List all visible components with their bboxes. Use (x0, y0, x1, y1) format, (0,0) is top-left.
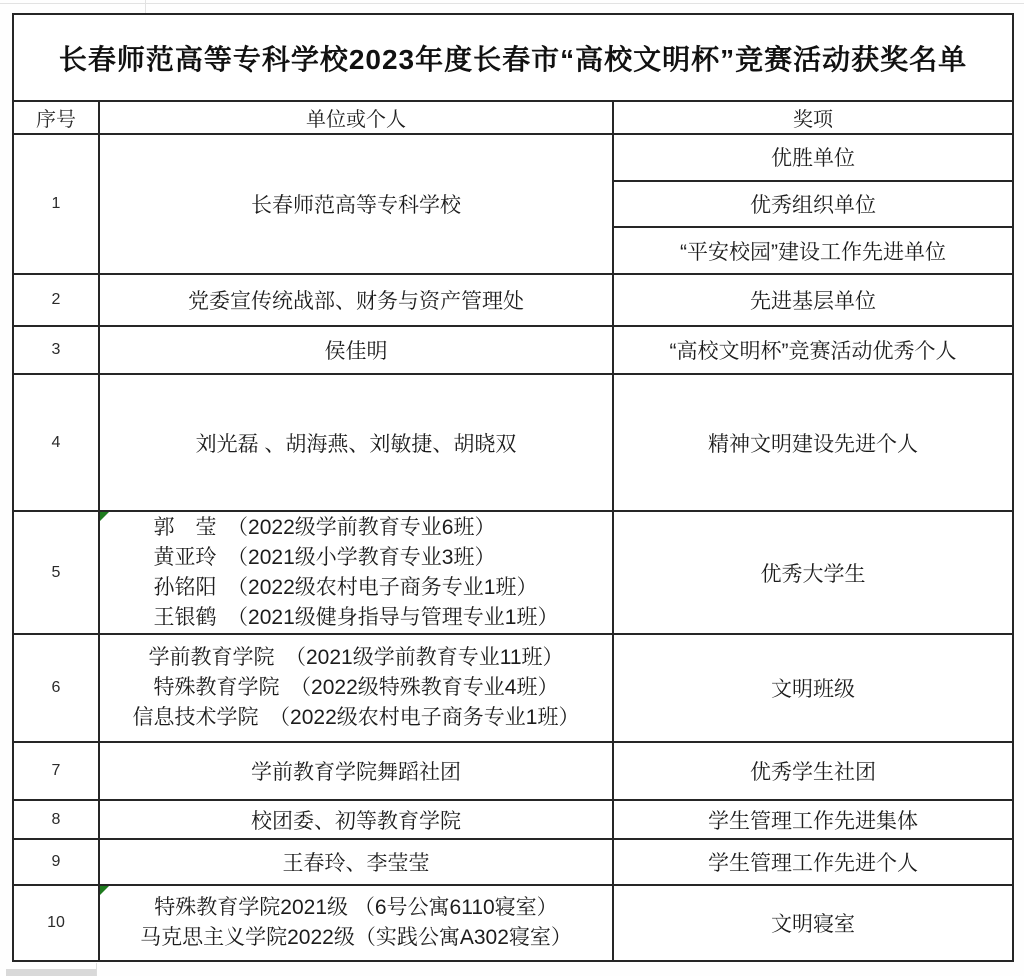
row-number-cell: 7 (14, 743, 98, 799)
unit-cell: 学前教育学院 （2021级学前教育专业11班） 特殊教育学院 （2022级特殊教… (98, 635, 612, 741)
unit-cell: 党委宣传统战部、财务与资产管理处 (98, 275, 612, 325)
award-cell: 优秀大学生 (612, 512, 1012, 633)
table-header-row: 序号 单位或个人 奖项 (14, 100, 1012, 133)
award-cell: 学生管理工作先进个人 (612, 840, 1012, 884)
unit-line: 特殊教育学院2021级 （6号公寓6110寝室） (140, 893, 572, 923)
award-cell: 优胜单位 优秀组织单位 “平安校园”建设工作先进单位 (612, 135, 1012, 273)
table-row: 7 学前教育学院舞蹈社团 优秀学生社团 (14, 741, 1012, 799)
unit-line: 黄亚玲 （2021级小学教育专业3班） (154, 543, 559, 573)
table-title: 长春师范高等专科学校2023年度长春市“高校文明杯”竞赛活动获奖名单 (14, 15, 1012, 100)
award-cell: 文明寝室 (612, 886, 1012, 960)
header-unit: 单位或个人 (98, 102, 612, 133)
spreadsheet-gridline (6, 969, 96, 976)
table-row: 10 特殊教育学院2021级 （6号公寓6110寝室） 马克思主义学院2022级… (14, 884, 1012, 960)
header-no: 序号 (14, 102, 98, 133)
unit-cell: 侯佳明 (98, 327, 612, 373)
table-row: 6 学前教育学院 （2021级学前教育专业11班） 特殊教育学院 （2022级特… (14, 633, 1012, 741)
unit-line: 学前教育学院 （2021级学前教育专业11班） (133, 643, 580, 673)
unit-line: 信息技术学院 （2022级农村电子商务专业1班） (133, 703, 580, 733)
row-number-cell: 10 (14, 886, 98, 960)
cell-flag-icon (100, 886, 109, 895)
table-row: 9 王春玲、李莹莹 学生管理工作先进个人 (14, 838, 1012, 884)
award-sub-cell: “平安校园”建设工作先进单位 (614, 226, 1012, 273)
row-number-cell: 6 (14, 635, 98, 741)
unit-cell: 特殊教育学院2021级 （6号公寓6110寝室） 马克思主义学院2022级（实践… (98, 886, 612, 960)
award-sub-cell: 优胜单位 (614, 135, 1012, 180)
award-cell: 学生管理工作先进集体 (612, 801, 1012, 838)
row-number-cell: 9 (14, 840, 98, 884)
row-number-cell: 2 (14, 275, 98, 325)
award-sub-cell: 优秀组织单位 (614, 180, 1012, 227)
unit-line: 马克思主义学院2022级（实践公寓A302寝室） (140, 923, 572, 953)
award-cell: 精神文明建设先进个人 (612, 375, 1012, 510)
row-number-cell: 1 (14, 135, 98, 273)
unit-cell: 学前教育学院舞蹈社团 (98, 743, 612, 799)
row-number-cell: 8 (14, 801, 98, 838)
table-row: 5 郭 莹 （2022级学前教育专业6班） 黄亚玲 （2021级小学教育专业3班… (14, 510, 1012, 633)
unit-cell: 郭 莹 （2022级学前教育专业6班） 黄亚玲 （2021级小学教育专业3班） … (98, 512, 612, 633)
row-number-cell: 5 (14, 512, 98, 633)
row-number-cell: 3 (14, 327, 98, 373)
document-canvas: 长春师范高等专科学校2023年度长春市“高校文明杯”竞赛活动获奖名单 序号 单位… (0, 0, 1024, 976)
award-cell: 优秀学生社团 (612, 743, 1012, 799)
unit-lines: 学前教育学院 （2021级学前教育专业11班） 特殊教育学院 （2022级特殊教… (133, 643, 580, 733)
spreadsheet-gridline (0, 3, 1024, 4)
table-row: 4 刘光磊 、胡海燕、刘敏捷、胡晓双 精神文明建设先进个人 (14, 373, 1012, 510)
table-row: 8 校团委、初等教育学院 学生管理工作先进集体 (14, 799, 1012, 838)
awards-table: 长春师范高等专科学校2023年度长春市“高校文明杯”竞赛活动获奖名单 序号 单位… (12, 13, 1014, 962)
unit-line: 王银鹤 （2021级健身指导与管理专业1班） (154, 603, 559, 633)
award-cell: 先进基层单位 (612, 275, 1012, 325)
table-row: 3 侯佳明 “高校文明杯”竞赛活动优秀个人 (14, 325, 1012, 373)
table-row: 2 党委宣传统战部、财务与资产管理处 先进基层单位 (14, 273, 1012, 325)
unit-line: 孙铭阳 （2022级农村电子商务专业1班） (154, 573, 559, 603)
unit-cell: 长春师范高等专科学校 (98, 135, 612, 273)
unit-line: 特殊教育学院 （2022级特殊教育专业4班） (133, 673, 580, 703)
spreadsheet-gridline (145, 0, 146, 13)
unit-line: 郭 莹 （2022级学前教育专业6班） (154, 513, 559, 543)
unit-cell: 校团委、初等教育学院 (98, 801, 612, 838)
unit-cell: 刘光磊 、胡海燕、刘敏捷、胡晓双 (98, 375, 612, 510)
award-cell: 文明班级 (612, 635, 1012, 741)
unit-lines: 特殊教育学院2021级 （6号公寓6110寝室） 马克思主义学院2022级（实践… (140, 893, 572, 953)
unit-lines: 郭 莹 （2022级学前教育专业6班） 黄亚玲 （2021级小学教育专业3班） … (154, 513, 559, 633)
table-row: 1 长春师范高等专科学校 优胜单位 优秀组织单位 “平安校园”建设工作先进单位 (14, 133, 1012, 273)
award-cell: “高校文明杯”竞赛活动优秀个人 (612, 327, 1012, 373)
row-number-cell: 4 (14, 375, 98, 510)
spreadsheet-gridline (96, 963, 97, 976)
award-stack: 优胜单位 优秀组织单位 “平安校园”建设工作先进单位 (614, 135, 1012, 273)
unit-cell: 王春玲、李莹莹 (98, 840, 612, 884)
cell-flag-icon (100, 512, 109, 521)
header-award: 奖项 (612, 102, 1012, 133)
